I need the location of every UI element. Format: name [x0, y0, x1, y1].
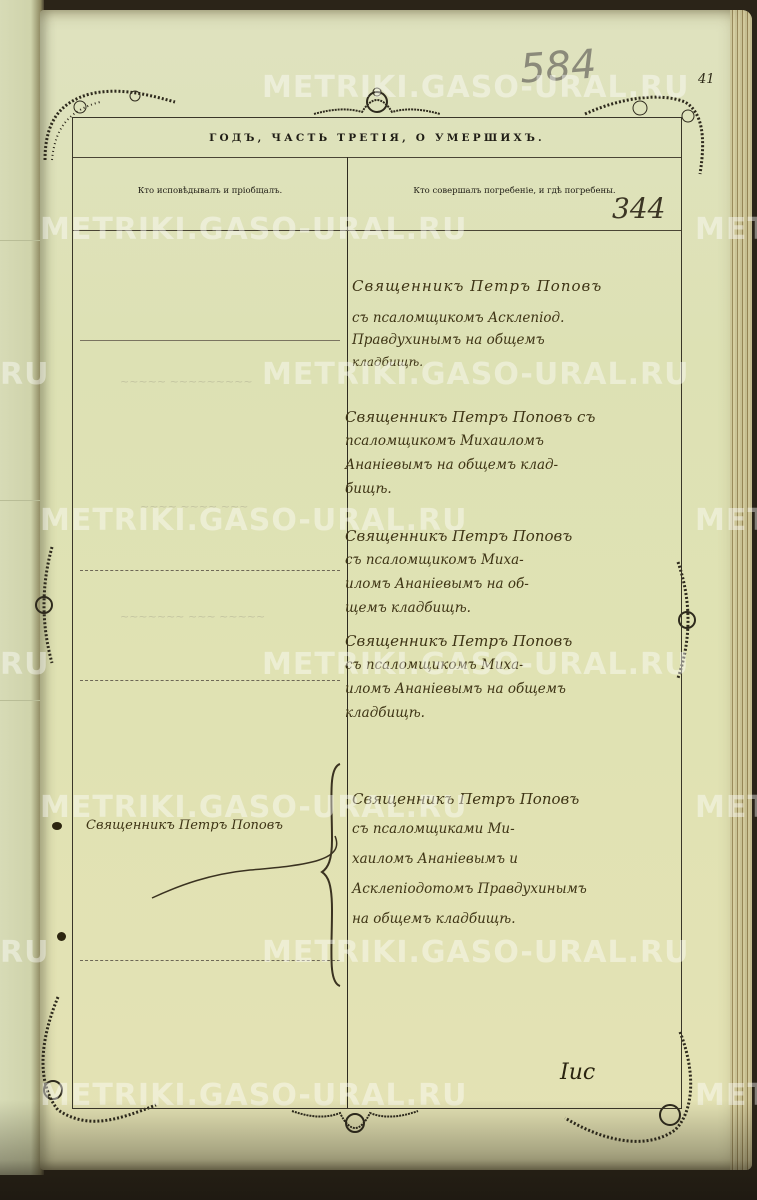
side-ornament-left-icon	[32, 545, 58, 665]
title-row: ГОДЪ, ЧАСТЬ ТРЕТІЯ, О УМЕРШИХЪ.	[73, 118, 681, 158]
entry-line: Священникъ Петръ Поповъ	[352, 785, 587, 813]
burial-entry-3: Священникъ Петръ Поповъ съ псаломщикомъ …	[345, 522, 572, 622]
ghost-rule	[0, 240, 40, 241]
row-separator	[80, 960, 340, 961]
ghost-rule	[0, 700, 40, 701]
record-number: 344	[612, 192, 665, 225]
ghost-rule	[0, 500, 40, 501]
row-separator	[80, 680, 340, 681]
bleed-through-text: ~~~~~~~ ~~~ ~~~~~	[120, 610, 265, 623]
entry-line: съ псаломщиками Ми-	[352, 815, 587, 843]
top-center-ornament-icon	[312, 86, 442, 118]
entry-line: на общемъ кладбищѣ.	[352, 905, 587, 933]
burial-entry-5: Священникъ Петръ Поповъ съ псаломщиками …	[352, 785, 587, 933]
entry-line: кладбищѣ.	[345, 699, 572, 727]
page-stack-edge	[730, 10, 752, 1170]
ink-stain	[57, 932, 66, 941]
signature: Іис	[560, 1060, 595, 1085]
burial-entry-4: Священникъ Петръ Поповъ съ псаломщикомъ …	[345, 627, 572, 727]
entry-line: Асклепіодотомъ Правдухинымъ	[352, 875, 587, 903]
bleed-through-text: ~~~~ ~~~~ ~~~	[140, 500, 248, 513]
entry-line: бищѣ.	[345, 475, 595, 503]
bleed-through-text: ~~~~~ ~~~~~~~~~	[120, 375, 253, 388]
ink-stain	[52, 822, 62, 830]
column-header-confessor: Кто исповѣдывалъ и пріобщалъ.	[73, 186, 347, 196]
page-number: 41	[698, 72, 715, 87]
page-bottom-shadow	[0, 1100, 757, 1200]
flourish-stroke	[140, 830, 340, 900]
burial-entry-1: Священникъ Петръ Поповъ съ псаломщикомъ …	[352, 272, 602, 376]
row-separator	[80, 340, 340, 341]
column-header-row: Кто исповѣдывалъ и пріобщалъ. Кто соверш…	[73, 158, 681, 231]
row-separator	[80, 570, 340, 571]
archive-stamp-number: 584	[518, 41, 597, 92]
section-title: ГОДЪ, ЧАСТЬ ТРЕТІЯ, О УМЕРШИХЪ.	[209, 132, 545, 144]
entry-line: Священникъ Петръ Поповъ	[352, 272, 602, 300]
entry-line: хаиломъ Ананіевымъ и	[352, 845, 587, 873]
entry-line: щемъ кладбищѣ.	[345, 594, 572, 622]
burial-entry-2: Священникъ Петръ Поповъ съ псаломщикомъ …	[345, 403, 595, 503]
